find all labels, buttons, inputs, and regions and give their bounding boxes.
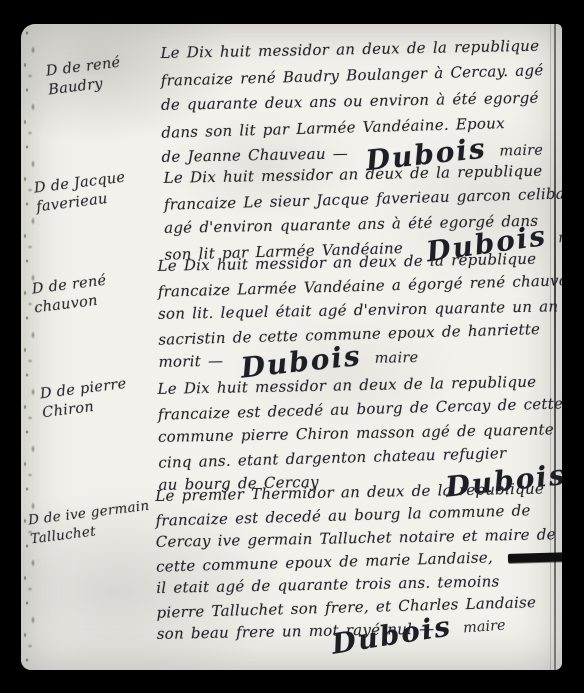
handwritten-line: francaize rené Baudry Boulanger à Cercay…: [160, 56, 562, 93]
mayor-signature: Dubois: [425, 222, 549, 267]
register-entry-chauvon: D de rené chauvon Le Dix huit messidor a…: [21, 24, 562, 670]
margin-line: D de Jacque: [33, 169, 126, 199]
margin-name-note: D de Jacque faverieau: [33, 169, 129, 218]
handwritten-line: Le premier Thermidor an deux de la repub…: [155, 477, 562, 508]
signature-title: maire: [374, 350, 418, 367]
handwritten-line: sacristin de cette commune epoux de hanr…: [158, 316, 562, 351]
handwritten-line: son lit par Larmée Vandéaine: [164, 231, 562, 267]
page-fold-line: [554, 24, 556, 670]
handwritten-line: de Jeanne Chauveau — Dubois maire: [161, 136, 562, 174]
handwritten-line: de quarante deux ans ou environ à été eg…: [161, 84, 562, 118]
entry-body-text: Le premier Thermidor an deux de la repub…: [155, 479, 562, 644]
line-text: de Jeanne Chauveau —: [161, 144, 348, 166]
signature-title: maire: [463, 618, 507, 637]
handwritten-line: agé d'environ quarante ans à été egorgé …: [164, 208, 562, 241]
line-text: morit —: [158, 352, 223, 371]
margin-line: D de ive germain: [27, 497, 150, 531]
margin-line: Baudry: [47, 72, 124, 100]
handwritten-line: cette commune epoux de marie Landaise,: [156, 544, 562, 578]
handwritten-line: francaize Larmée Vandéaine a égorgé rené…: [157, 268, 562, 303]
signature-block: Dubois maire: [320, 614, 506, 655]
page-fold-line-light: [550, 24, 551, 670]
handwritten-line: au bourg de Cercay Dubois maire: [158, 465, 562, 502]
handwritten-line: francaize est decedé au bourg de Cercay …: [157, 391, 562, 426]
handwritten-line: il etait agé de quarante trois ans. temo…: [156, 569, 562, 600]
handwritten-line: Le Dix huit messidor an deux de la repub…: [157, 246, 562, 278]
manuscript-paper: D de rené Baudry Le Dix huit messidor an…: [21, 24, 562, 670]
signature-title: maire: [558, 228, 562, 246]
handwritten-line: Le Dix huit messidor an deux de la repub…: [160, 32, 562, 66]
margin-line: Talluchet: [29, 516, 152, 550]
margin-line: D de rené: [45, 54, 122, 82]
handwritten-line: Le Dix huit messidor an deux de la repub…: [157, 369, 562, 401]
mayor-signature: Dubois: [239, 342, 363, 383]
register-entry-chiron: D de pierre Chiron Le Dix huit messidor …: [21, 24, 562, 670]
signature-block: Dubois maire: [415, 224, 562, 262]
register-entry-baudry: D de rené Baudry Le Dix huit messidor an…: [21, 24, 562, 670]
entry-body-text: Le Dix huit messidor an deux de la repub…: [160, 34, 562, 172]
register-entry-talluchet: D de ive germain Talluchet Le premier Th…: [21, 24, 562, 670]
handwritten-line: pierre Talluchet son frere, et Charles L…: [156, 590, 562, 624]
margin-name-note: D de ive germain Talluchet: [27, 497, 153, 550]
entry-body-text: Le Dix huit messidor an deux de la repub…: [157, 248, 562, 377]
register-entry-faverieau: D de Jacque faverieau Le Dix huit messid…: [21, 24, 562, 670]
handwritten-line: francaize est decedé au bourg la commune…: [155, 498, 562, 532]
handwritten-line: Le Dix huit messidor an deux de la repub…: [163, 158, 562, 191]
torn-edge-left: [21, 24, 45, 670]
handwritten-line: dans son lit par Larmée Vandéaine. Epoux: [161, 108, 562, 145]
margin-line: D de pierre: [39, 375, 128, 404]
margin-name-note: D de pierre Chiron: [39, 375, 130, 423]
entry-body-text: Le Dix huit messidor an deux de la repub…: [163, 160, 562, 264]
handwritten-line: morit — Dubois maire: [158, 342, 562, 379]
handwritten-line: commune pierre Chiron masson agé de quar…: [158, 417, 562, 449]
margin-line: Chiron: [41, 394, 130, 423]
scanned-register-page: D de rené Baudry Le Dix huit messidor an…: [0, 0, 584, 693]
entry-body-text: Le Dix huit messidor an deux de la repub…: [157, 371, 562, 500]
mayor-signature: Dubois: [445, 461, 562, 502]
line-text: cette commune epoux de marie Landaise,: [156, 548, 493, 575]
line-text: au bourg de Cercay: [158, 473, 319, 494]
margin-name-note: D de rené Baudry: [45, 54, 124, 101]
handwritten-line: son lit. lequel était agé d'environ quar…: [158, 294, 562, 326]
margin-line: faverieau: [35, 187, 128, 217]
mayor-signature: Dubois: [330, 612, 454, 659]
mayor-signature: Dubois: [364, 134, 488, 175]
handwritten-line: cinq ans. etant dargenton chateau refugi…: [158, 439, 562, 474]
handwritten-line: Cercay ive germain Talluchet notaire et …: [156, 523, 562, 554]
signature-title: maire: [499, 143, 543, 160]
handwritten-line: son beau frere un mot rayé nul —: [157, 615, 562, 646]
handwritten-line: francaize Le sieur Jacque faverieau garc…: [164, 181, 562, 217]
